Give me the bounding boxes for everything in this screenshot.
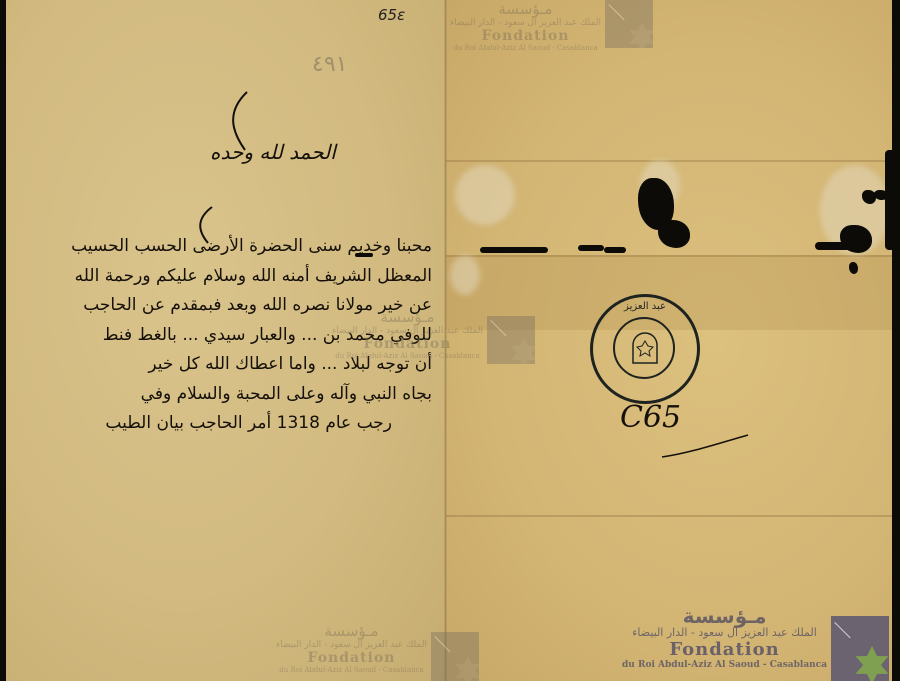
- watermark-french-subtitle: du Roi Abdul-Aziz Al Saoud - Casablanca: [276, 666, 427, 674]
- letter-line: المعظل الشريف أمنه الله وسلام عليكم ورحم…: [12, 262, 432, 292]
- watermark-main: مـؤسسة الملك عبد العزيز آل سعود - الدار …: [622, 606, 889, 681]
- scan-edge: [892, 0, 900, 681]
- paper-tear: [604, 247, 626, 253]
- watermark-french-title: Fondation: [622, 640, 827, 660]
- royal-seal: عبد العزيز: [590, 294, 700, 404]
- seal-inscription: عبد العزيز: [593, 301, 697, 312]
- watermark-middle: مـؤسسة الملك عبد العزيز آل سعود - الدار …: [332, 308, 535, 364]
- seal-inner-ring: [613, 317, 675, 379]
- watermark-bottom: مـؤسسة الملك عبد العزيز آل سعود - الدار …: [276, 622, 479, 681]
- archive-page-number: 65ε: [378, 6, 405, 24]
- foundation-logo-icon: [431, 632, 479, 681]
- watermark-french-subtitle: du Roi Abdul-Aziz Al Saoud - Casablanca: [450, 44, 601, 52]
- watermark-arabic-title: مـؤسسة: [622, 606, 827, 626]
- watermark-arabic-subtitle: الملك عبد العزيز آل سعود - الدار البيضاء: [332, 326, 483, 336]
- worn-spot: [450, 255, 480, 295]
- signature-flourish: [660, 425, 750, 465]
- seal-emblem-icon: [631, 331, 659, 365]
- fold-line-horizontal: [446, 515, 892, 517]
- watermark-french-title: Fondation: [276, 650, 427, 666]
- watermark-arabic-title: مـؤسسة: [332, 308, 483, 326]
- letter-line: بجاه النبي وآله وعلى المحبة والسلام وفي: [12, 380, 432, 410]
- watermark-french-title: Fondation: [332, 336, 483, 352]
- paper-tear: [849, 262, 858, 274]
- letter-line: محبنا وخديم سنى الحضرة الأرضى الحسب الحس…: [12, 232, 432, 262]
- watermark-arabic-subtitle: الملك عبد العزيز آل سعود - الدار البيضاء: [276, 640, 427, 650]
- paper-tear: [578, 245, 604, 251]
- watermark-french-subtitle: du Roi Abdul-Aziz Al Saoud - Casablanca: [332, 352, 483, 360]
- watermark-arabic-subtitle: الملك عبد العزيز آل سعود - الدار البيضاء: [622, 626, 827, 640]
- paper-tear: [480, 247, 548, 253]
- watermark-french-subtitle: du Roi Abdul-Aziz Al Saoud - Casablanca: [622, 660, 827, 671]
- pencil-folio-number: ٤٩١: [312, 52, 347, 77]
- watermark-french-title: Fondation: [450, 28, 601, 44]
- watermark-top: مـؤسسة الملك عبد العزيز آل سعود - الدار …: [450, 0, 653, 52]
- fold-line-horizontal: [446, 255, 892, 257]
- salutation: الحمد لله وحده: [210, 140, 336, 164]
- watermark-arabic-subtitle: الملك عبد العزيز آل سعود - الدار البيضاء: [450, 18, 601, 28]
- foundation-logo-icon: [605, 0, 653, 48]
- watermark-arabic-title: مـؤسسة: [276, 622, 427, 640]
- document-scan: 65ε ٤٩١ الحمد لله وحده محبنا وخديم سنى ا…: [0, 0, 900, 681]
- letter-line: رجب عام 1318 أمر الحاجب بيان الطيب: [12, 409, 432, 439]
- foundation-logo-icon: [487, 316, 535, 364]
- worn-spot: [455, 165, 515, 225]
- foundation-logo-icon: [831, 616, 889, 681]
- watermark-arabic-title: مـؤسسة: [450, 0, 601, 18]
